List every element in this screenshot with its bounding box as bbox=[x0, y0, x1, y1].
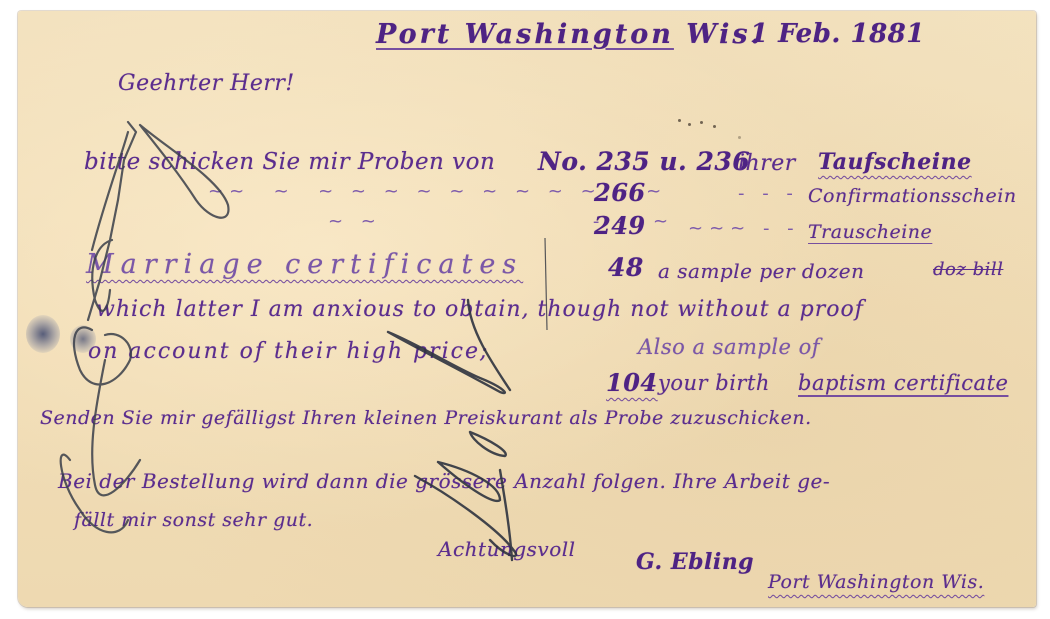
line-7-text: your birth bbox=[658, 373, 770, 394]
header-place: Port Washington Wis. bbox=[376, 21, 763, 48]
line-1-text: bitte schicken Sie mir Proben von bbox=[84, 151, 495, 174]
ink-blot bbox=[70, 325, 96, 353]
line-6-item: Also a sample of bbox=[638, 337, 820, 358]
speck bbox=[713, 125, 716, 128]
line-9-text: Bei der Bestellung wird dann die grösser… bbox=[58, 471, 830, 491]
line-1-item: Taufscheine bbox=[818, 151, 972, 173]
scan-stage: Port Washington Wis. 1 Feb. 1881 Geehrte… bbox=[0, 0, 1050, 619]
line-4-text: Marriage certificates bbox=[86, 251, 523, 278]
line-10-text: fällt mir sonst sehr gut. bbox=[74, 511, 313, 530]
speck bbox=[678, 119, 681, 122]
speck bbox=[700, 121, 703, 124]
ditto-dashes-3b: ~~~ - - bbox=[688, 218, 800, 239]
closing: Achtungsvoll bbox=[438, 539, 576, 559]
line-8-text: Senden Sie mir gefälligst Ihren kleinen … bbox=[40, 409, 812, 428]
header-place-text: Port Washington bbox=[376, 19, 674, 50]
ditto-dashes-2b: - - - bbox=[738, 183, 799, 204]
line-6-text: on account of their high price; bbox=[88, 341, 489, 363]
speck bbox=[688, 123, 691, 126]
line-1-suffix: ihrer bbox=[738, 153, 796, 175]
postcard: Port Washington Wis. 1 Feb. 1881 Geehrte… bbox=[18, 11, 1036, 607]
speck bbox=[738, 136, 741, 139]
line-4-number: 48 bbox=[608, 255, 644, 280]
line-2-item: Confirmationsschein bbox=[808, 187, 1017, 206]
line-1-number: No. 235 u. 236 bbox=[538, 149, 750, 174]
line-3-number: 249 bbox=[594, 214, 646, 238]
ink-blot bbox=[26, 315, 60, 353]
line-3-item: Trauscheine bbox=[808, 223, 932, 242]
signature-place: Port Washington Wis. bbox=[768, 573, 984, 592]
header-date: 1 Feb. 1881 bbox=[750, 21, 925, 47]
line-4-item: doz bill bbox=[933, 261, 1003, 279]
line-2-number: 266 bbox=[594, 181, 646, 205]
line-7-item: baptism certificate bbox=[798, 373, 1008, 394]
salutation: Geehrter Herr! bbox=[118, 73, 295, 95]
signature: G. Ebling bbox=[636, 551, 754, 573]
line-7-number: 104 bbox=[606, 371, 658, 395]
line-5-text: which latter I am anxious to obtain, tho… bbox=[96, 299, 864, 321]
line-4-suffix: a sample per dozen bbox=[658, 261, 864, 281]
